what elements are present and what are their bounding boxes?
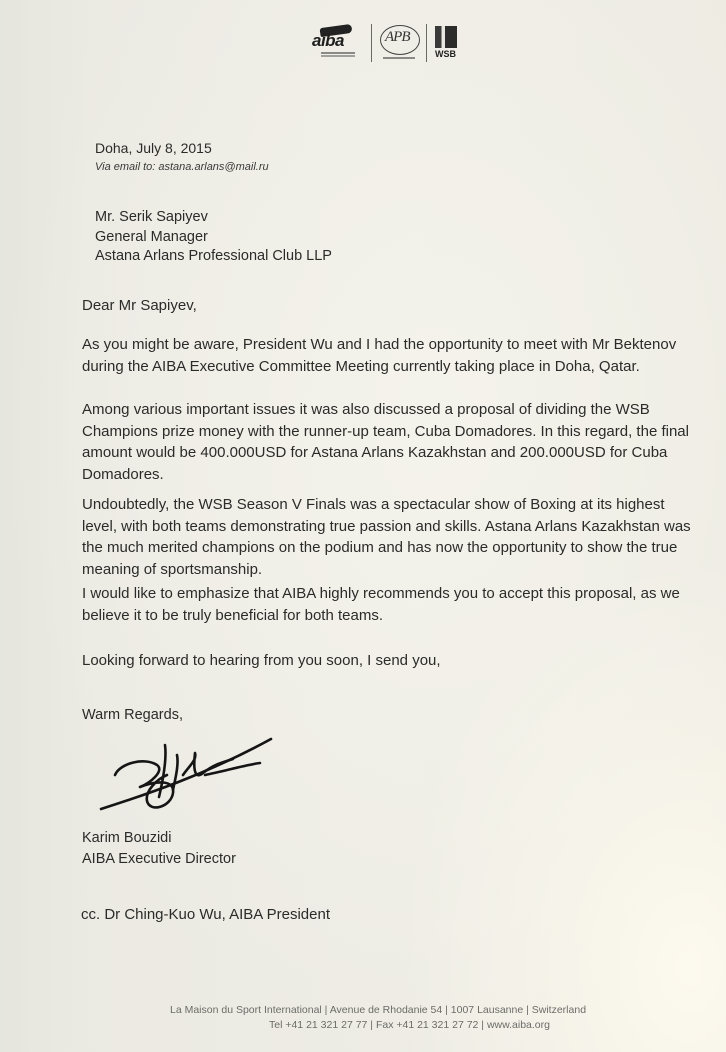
boxer-silhouette-icon bbox=[435, 26, 457, 48]
logo-divider bbox=[426, 24, 427, 62]
body-paragraph: Looking forward to hearing from you soon… bbox=[82, 650, 441, 672]
apb-logo-text: APB bbox=[385, 29, 410, 46]
signer-name: Karim Bouzidi bbox=[82, 828, 236, 849]
paragraph-line: Champions prize money with the runner-up… bbox=[82, 421, 689, 443]
apb-logo: APB bbox=[377, 23, 421, 63]
recipient-block: Mr. Serik Sapiyev General Manager Astana… bbox=[95, 208, 332, 267]
logo-divider bbox=[371, 24, 372, 62]
via-email-line: Via email to: astana.arlans@mail.ru bbox=[95, 157, 269, 179]
paragraph-line: As you might be aware, President Wu and … bbox=[82, 334, 676, 356]
paragraph-line: meaning of sportsmanship. bbox=[82, 559, 691, 581]
letter-footer: La Maison du Sport International | Avenu… bbox=[170, 1003, 590, 1033]
letterhead-logos: aiba APB WSB bbox=[310, 22, 462, 64]
body-paragraph: As you might be aware, President Wu and … bbox=[82, 334, 676, 377]
closing: Warm Regards, bbox=[82, 705, 183, 727]
paragraph-line: Among various important issues it was al… bbox=[82, 399, 689, 421]
body-paragraph: I would like to emphasize that AIBA high… bbox=[82, 583, 680, 626]
paragraph-line: believe it to be truly beneficial for bo… bbox=[82, 605, 680, 627]
paragraph-line: the much merited champions on the podium… bbox=[82, 537, 691, 559]
footer-contact: Tel +41 21 321 27 77 | Fax +41 21 321 27… bbox=[170, 1018, 550, 1033]
footer-address: La Maison du Sport International | Avenu… bbox=[170, 1003, 562, 1018]
letter-page: aiba APB WSB Doha, July 8, 2015 Via emai… bbox=[0, 0, 726, 1052]
salutation: Dear Mr Sapiyev, bbox=[82, 295, 197, 317]
paragraph-line: Undoubtedly, the WSB Season V Finals was… bbox=[82, 494, 691, 516]
paragraph-line: level, with both teams demonstrating tru… bbox=[82, 516, 691, 538]
signature-icon bbox=[95, 735, 275, 815]
signer-title: AIBA Executive Director bbox=[82, 849, 236, 870]
paragraph-line: amount would be 400.000USD for Astana Ar… bbox=[82, 442, 689, 464]
paragraph-line: Domadores. bbox=[82, 464, 689, 486]
recipient-organization: Astana Arlans Professional Club LLP bbox=[95, 247, 332, 267]
body-paragraph: Undoubtedly, the WSB Season V Finals was… bbox=[82, 494, 691, 580]
recipient-name: Mr. Serik Sapiyev bbox=[95, 208, 332, 228]
body-paragraph: Among various important issues it was al… bbox=[82, 399, 689, 485]
wsb-logo: WSB bbox=[432, 23, 462, 63]
recipient-title: General Manager bbox=[95, 228, 332, 248]
cc-line: cc. Dr Ching-Kuo Wu, AIBA President bbox=[81, 904, 330, 926]
wsb-logo-text: WSB bbox=[435, 49, 456, 59]
aiba-logo-text: aiba bbox=[312, 31, 344, 51]
paragraph-line: I would like to emphasize that AIBA high… bbox=[82, 583, 680, 605]
aiba-logo: aiba bbox=[310, 23, 366, 63]
signer-block: Karim Bouzidi AIBA Executive Director bbox=[82, 828, 236, 870]
paragraph-line: Looking forward to hearing from you soon… bbox=[82, 650, 441, 672]
paragraph-line: during the AIBA Executive Committee Meet… bbox=[82, 356, 676, 378]
